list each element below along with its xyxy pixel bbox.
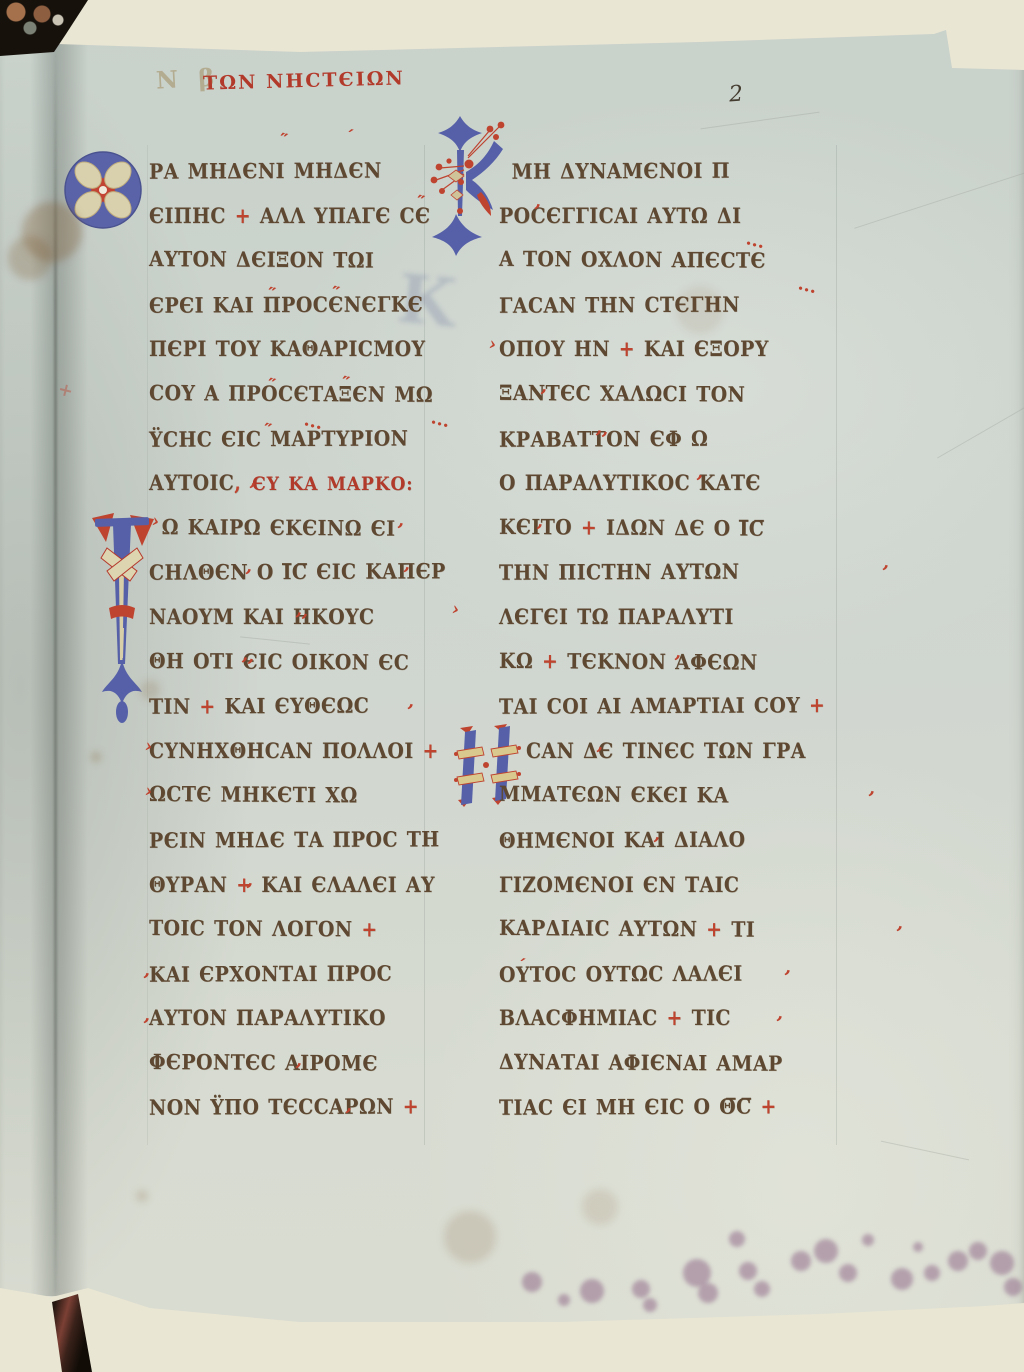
stain-spot (913, 1242, 923, 1252)
stain-spot (522, 1272, 542, 1292)
text-line: ΤΗΝ ΠΙСΤΗΝ ΑΥΤΩΝ (499, 550, 825, 596)
text-line: ΚЄΙΤΟ + ΙΔΩΝ ΔЄ Ο Ι̅С̅ (499, 505, 826, 552)
surface-scratch (881, 1141, 969, 1161)
red-accent-mark: , (896, 913, 907, 935)
gospel-rubric: ЄΥ ΚΑ ΜΑΡΚΟ: (241, 473, 413, 495)
stain-spot (739, 1262, 757, 1280)
text-line: СΗΛΘЄΝ Ο Ι̅С̅ ЄΙС ΚΑΠЄΡ (149, 550, 446, 596)
text-line: ЄΡЄΙ ΚΑΙ ΠΡΟСЄΝЄΓΚЄ (149, 282, 446, 328)
text-line: ΛЄΓЄΙ ΤΩ ΠΑΡΑΛΥΤΙ (499, 595, 825, 640)
text-line: ΤΟΙС ΤΟΝ ΛΟΓΟΝ + (149, 906, 446, 953)
stain-spot (137, 1191, 147, 1201)
text-line: ΠЄΡΙ ΤΟΥ ΚΑΘΑΡΙСΜΟΥ (149, 327, 446, 372)
text-line: ΩСΤЄ ΜΗΚЄΤΙ ΧΩ (149, 772, 446, 819)
text-line: ΟΠΟΥ ΗΝ + ΚΑΙ ЄΞΟΡΥ (499, 327, 825, 372)
stain-spot (580, 1279, 604, 1303)
stain-spot (948, 1251, 968, 1271)
text-line: СΥΝΗΧΘΗСΑΝ ΠΟΛΛΟΙ + (149, 729, 446, 774)
text-line: ЄΙΠΗС + ΑΛΛ ΥΠΑΓЄ СЄ (149, 194, 446, 239)
text-line: ΑΥΤΟΝ ΠΑΡΑΛΥΤΙΚΟ (149, 996, 446, 1041)
text-line: ΝΟΝ ΫΠΟ ΤЄССΑΡΩΝ + (149, 1085, 446, 1131)
text-line: ΚΑΙ ЄΡΧΟΝΤΑΙ ΠΡΟС (149, 951, 446, 997)
folio-number: 2 (728, 82, 744, 108)
text-line: ΚΡΑΒΑΤΤΟΝ ЄΦ Ω (499, 416, 825, 462)
stain-spot (990, 1251, 1014, 1275)
red-accent-mark: , (882, 552, 893, 574)
text-line: ΔΥΝΑΤΑΙ ΑΦΙЄΝΑΙ ΑΜΑΡ (499, 1040, 826, 1087)
text-line: ΚΑΡΔΙΑΙС ΑΥΤΩΝ + ΤΙ (499, 906, 826, 953)
red-accent-mark: ´ (342, 126, 356, 149)
stain-spot (91, 752, 101, 762)
stain-spot (891, 1268, 913, 1290)
text-line: Ο ΠΑΡΑΛΥΤΙΚΟС ΚΑΤЄ (499, 461, 825, 506)
ruling-line (836, 145, 837, 1145)
stain-spot (862, 1234, 874, 1246)
stain-spot (1004, 1278, 1022, 1296)
surface-scratch (854, 172, 1024, 229)
text-line: ΡΟСЄΓΓΙСΑΙ ΑΥΤΩ ΔΙ (499, 194, 825, 239)
surface-scratch (701, 112, 820, 130)
text-line: ΜΜΑΤЄΩΝ ЄΚЄΙ ΚΑ (499, 772, 826, 819)
text-line: ΓΙΖΟΜЄΝΟΙ ЄΝ ΤΑΙС (499, 863, 825, 908)
stain-spot (791, 1251, 811, 1271)
red-accent-mark: › (450, 598, 462, 620)
text-line: ΓΑСΑΝ ΤΗΝ СΤЄΓΗΝ (499, 282, 825, 328)
text-line: СΑΝ ΔЄ ΤΙΝЄС ΤΩΝ ΓΡΑ (499, 729, 825, 774)
stain-spot (643, 1298, 657, 1312)
running-title: ΤΩΝ ΝΗСΤЄΙΩΝ (203, 67, 405, 94)
text-line: ΤΙΝ + ΚΑΙ ЄΥΘЄΩС (149, 683, 446, 729)
stain-spot (632, 1280, 650, 1298)
stain-spot (924, 1265, 940, 1281)
red-accent-mark: , (868, 778, 879, 800)
text-line: ΤΙΑС ЄΙ ΜΗ ЄΙС Ο Θ̅С̅ + (499, 1085, 825, 1131)
manuscript-photo-stage: Ν β ΤΩΝ ΝΗСΤЄΙΩΝ 2 Κ (0, 0, 1024, 1372)
text-line: ΑΥΤΟΝ ΔЄΙΞΟΝ ΤΩΙ (149, 237, 446, 284)
stain-spot (582, 1189, 618, 1225)
text-line: ΚΩ + ΤЄΚΝΟΝ ΑΦЄΩΝ (499, 638, 826, 685)
text-line: ΑΥΤΟΙС,ЄΥ ΚΑ ΜΑΡΚΟ: (149, 461, 446, 506)
text-line: ΘΥΡΑΝ + ΚΑΙ ЄΛΑΛЄΙ ΑΥ (149, 863, 446, 908)
stain-spot (8, 236, 52, 280)
stain-spot (676, 286, 724, 334)
stain-spot (140, 680, 160, 700)
stain-spot (698, 1283, 718, 1303)
red-accent-mark: ··· (428, 412, 451, 437)
text-line: ΘΗ ΟΤΙ ЄΙС ΟΙΚΟΝ ЄС (149, 639, 446, 686)
red-accent-mark: › (487, 333, 499, 355)
text-line: ΜΗ ΔΥΝΑΜЄΝΟΙ Π (499, 148, 825, 194)
stain-spot (839, 1264, 857, 1282)
surface-scratch (937, 403, 1024, 459)
text-column-left: ΡΑ ΜΗΔЄΝΙ ΜΗΔЄΝЄΙΠΗС + ΑΛΛ ΥΠΑΓЄ СЄΑΥΤΟΝ… (149, 149, 446, 1130)
parchment-page: Ν β ΤΩΝ ΝΗСΤЄΙΩΝ 2 Κ (0, 0, 1024, 1372)
stain-spot (814, 1239, 838, 1263)
stain-spot (558, 1294, 570, 1306)
binding-edge-bottom-left (42, 1294, 98, 1372)
text-line: ΟΥΤΟС ΟΥΤΩС ΛΑΛЄΙ (499, 951, 825, 997)
text-column-right: ΜΗ ΔΥΝΑΜЄΝΟΙ ΠΡΟСЄΓΓΙСΑΙ ΑΥΤΩ ΔΙΑ ΤΟΝ ΟΧ… (499, 149, 825, 1130)
text-line: ΤΑΙ СΟΙ ΑΙ ΑΜΑΡΤΙΑΙ СΟΥ + (499, 683, 825, 729)
stain-spot (754, 1281, 770, 1297)
stain-spot (969, 1242, 987, 1260)
stain-spot (729, 1231, 745, 1247)
text-line: СΟΥ Α ΠΡΟСЄΤΑΞЄΝ ΜΩ (149, 371, 446, 418)
text-line: ΫСΗС ЄΙС ΜΑΡΤΥΡΙΟΝ (149, 416, 446, 462)
text-line: ΡΑ ΜΗΔЄΝΙ ΜΗΔЄΝ (149, 148, 446, 194)
text-line: ΡЄΙΝ ΜΗΔЄ ΤΑ ΠΡΟС ΤΗ (149, 817, 446, 863)
stain-spot (444, 1211, 496, 1263)
text-line: Α ΤΟΝ ΟΧΛΟΝ ΑΠЄСΤЄ (499, 237, 826, 284)
